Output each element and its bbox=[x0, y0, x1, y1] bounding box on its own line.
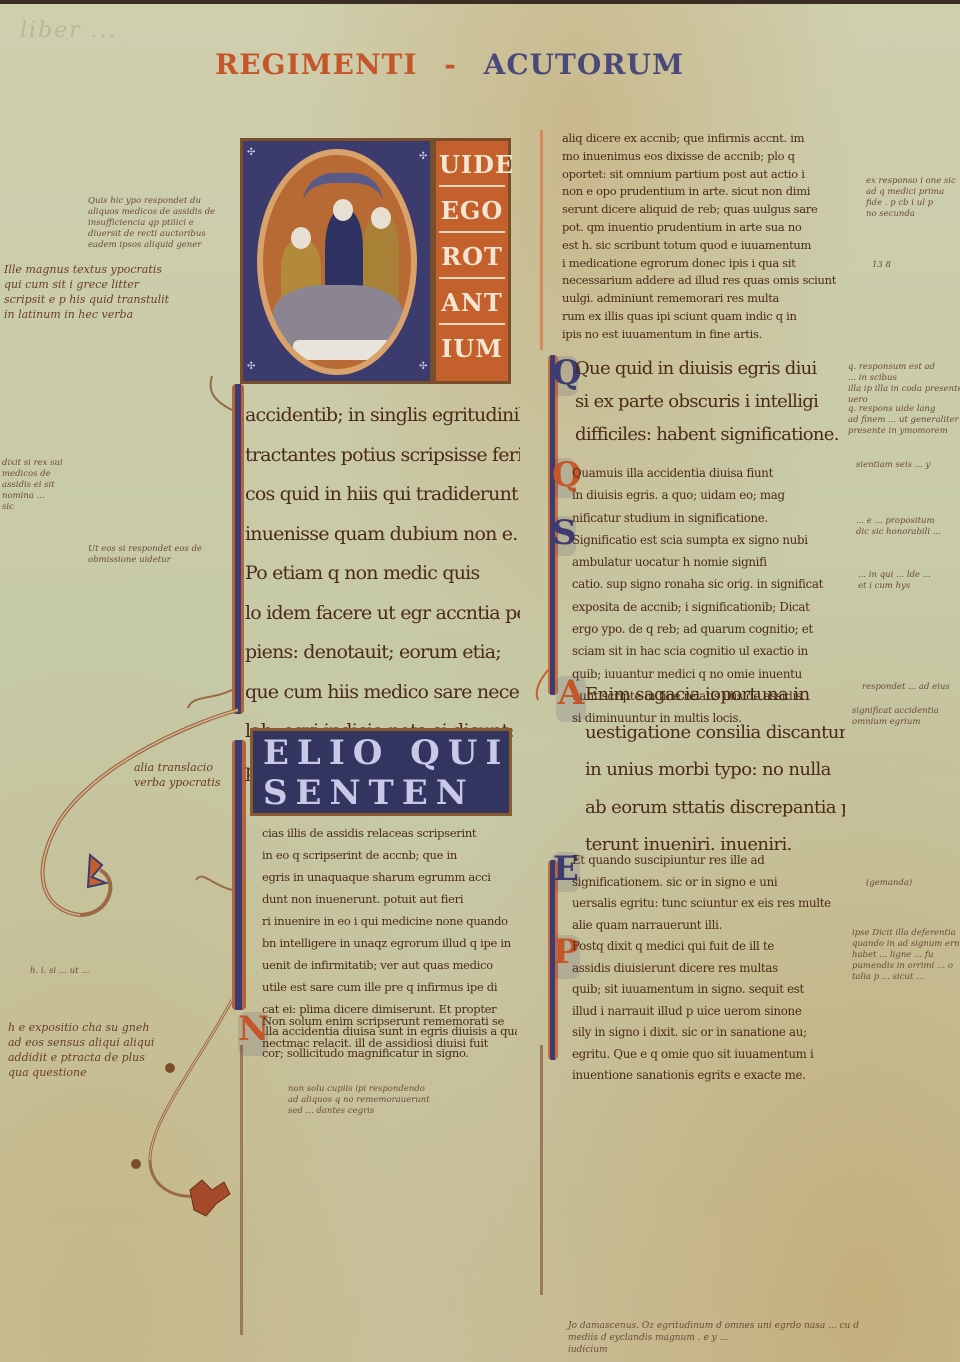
column-a-text-block-end: Non solum enim scripserunt rememorati se… bbox=[262, 1010, 517, 1054]
text-line: quib; sit iuuamentum in signo. sequit es… bbox=[572, 979, 842, 1001]
text-line: egritu. Que e q omie quo sit iuuamentum … bbox=[572, 1044, 842, 1066]
text-line: ambulatur uocatur h nomie signifi bbox=[572, 551, 842, 573]
marginal-gloss: Quis hic ypo respondet dualiquos medicos… bbox=[88, 196, 215, 251]
text-line: rum ex illis quas ipi sciunt quam indic … bbox=[562, 308, 837, 326]
text-line: Po etiam q non medic quis bbox=[245, 554, 520, 594]
decorated-initial: A bbox=[556, 676, 586, 722]
text-line: difficiles: habent significatione. bbox=[575, 418, 840, 451]
marginal-gloss: h. i. si ... ut ... bbox=[30, 966, 89, 977]
text-line: non e opo prudentium in arte. sicut non … bbox=[562, 183, 837, 201]
text-line: pot. qm inuentio prudentium in arte sua … bbox=[562, 219, 837, 237]
column-b-text-block-1: aliq dicere ex accnib; que infirmis accn… bbox=[562, 130, 837, 344]
text-line: illud i narrauit illud p uice uerom sino… bbox=[572, 1001, 842, 1023]
text-line: aliq dicere ex accnib; que infirmis accn… bbox=[562, 130, 837, 148]
column-b-text-block-5: Et quando suscipiuntur res ille ad signi… bbox=[572, 850, 842, 1087]
heading-line: ELIO QUI bbox=[263, 733, 509, 773]
marginal-gloss: Ut eos si respondet eos deobmissione uid… bbox=[88, 544, 202, 566]
marginal-gloss: respondet ... ad eius bbox=[862, 682, 950, 693]
text-line: ipis no est iuuamentum in fine artis. bbox=[562, 326, 837, 344]
text-line: sily in signo i dixit. sic or in sanatio… bbox=[572, 1022, 842, 1044]
text-line: si ex parte obscuris i intelligi bbox=[575, 385, 840, 418]
marginal-gloss: 13 8 bbox=[872, 260, 891, 271]
text-line: uenit de infirmitatib; ver aut quas medi… bbox=[262, 954, 517, 976]
text-line: ab eorum sttatis discrepantia p bbox=[585, 789, 845, 827]
marginal-gloss: q. respons uide langad finem ... ut gene… bbox=[848, 404, 959, 437]
text-line: necessarium addere ad illud res quas omi… bbox=[562, 272, 837, 290]
marginal-gloss: (gemanda) bbox=[866, 878, 912, 889]
text-line: nectmac relacit. ill de assidiosi diuisi… bbox=[262, 1032, 517, 1054]
text-line: Non solum enim scripserunt rememorati se bbox=[262, 1010, 517, 1032]
marginal-gloss: significat accidentiaomnium egrium bbox=[852, 706, 939, 728]
text-line: alie quam narrauerunt illi. bbox=[572, 915, 842, 937]
text-line: inuenisse quam dubium non e. bbox=[245, 515, 520, 555]
marginal-gloss: h e expositio cha su gnehad eos sensus a… bbox=[8, 1020, 154, 1080]
text-line: in unius morbi typo: no nulla bbox=[585, 751, 845, 789]
text-line: Enim sagacia ioportuna in bbox=[585, 676, 845, 714]
text-line: significationem. sic or in signo e uni bbox=[572, 872, 842, 894]
text-line: exposita de accnib; i significationib; D… bbox=[572, 596, 842, 618]
marginal-gloss: non solu cupiis ipi respondendoad aliquo… bbox=[288, 1084, 430, 1117]
text-line: catio. sup signo ronaha sic orig. in sig… bbox=[572, 573, 842, 595]
text-line: uulgi. adminiunt rememorari res multa bbox=[562, 290, 837, 308]
text-line: mo inuenimus eos dixisse de accnib; plo … bbox=[562, 148, 837, 166]
marginal-gloss: sientiam seis ... y bbox=[856, 460, 930, 471]
text-line: cos quid in hiis qui tradiderunt bbox=[245, 475, 520, 515]
text-line: nificatur studium in significatione. bbox=[572, 507, 842, 529]
marginal-gloss: Ille magnus textus ypocratisqui cum sit … bbox=[4, 262, 169, 322]
text-line: Significatio est scia sumpta ex signo nu… bbox=[572, 529, 842, 551]
text-line: piens: denotauit; eorum etia; bbox=[245, 633, 520, 673]
text-line: egris in unaquaque sharum egrumm acci bbox=[262, 866, 517, 888]
marginal-gloss-footer: Jo damascenus. Oz egritudinum d omnes un… bbox=[568, 1320, 859, 1356]
text-line: bn intelligere in unaqz egrorum illud q … bbox=[262, 932, 517, 954]
marginal-gloss-translation-note: alia translacioverba ypocratis bbox=[134, 760, 221, 790]
text-line: uestigatione consilia discantur bbox=[585, 714, 845, 752]
column-b-text-block-2: Que quid in diuisis egris diui si ex par… bbox=[575, 352, 840, 451]
marginal-gloss: ex responso i one sicad q medici primafi… bbox=[866, 176, 956, 220]
text-line: ergo ypo. de q reb; ad quarum cognitio; … bbox=[572, 618, 842, 640]
marginal-gloss: ipse Dicit illa deferentiaquando in ad s… bbox=[852, 928, 960, 983]
text-line: est h. sic scribunt totum quod e iuuamen… bbox=[562, 237, 837, 255]
text-line: i medicatione egrorum donec ipis i qua s… bbox=[562, 255, 837, 273]
text-line: assidis diuisierunt dicere res multas bbox=[572, 958, 842, 980]
text-line: inuentione sanationis egrits e exacte me… bbox=[572, 1065, 842, 1087]
text-line: que cum hiis medico sare nece e. bbox=[245, 673, 520, 713]
text-line: Que quid in diuisis egris diui bbox=[575, 352, 840, 385]
text-line: cias illis de assidis relaceas scripseri… bbox=[262, 822, 517, 844]
marginal-gloss: ... in qui ... lde ...et i cum hys bbox=[858, 570, 931, 592]
text-line: Quamuis illa accidentia diuisa fiunt bbox=[572, 462, 842, 484]
text-line: accidentib; in singlis egritudinib; bbox=[245, 396, 520, 436]
text-line: serunt dicere aliquid de reb; quas uulgu… bbox=[562, 201, 837, 219]
text-line: Postq dixit q medici qui fuit de ill te bbox=[572, 936, 842, 958]
text-line: uersalis egritu: tunc sciuntur ex eis re… bbox=[572, 893, 842, 915]
decorated-heading-panel: ELIO QUI SENTEN bbox=[250, 728, 512, 816]
text-line: in eo q scripserint de accnb; que in bbox=[262, 844, 517, 866]
text-line: lo idem facere ut egr accntia perti bbox=[245, 594, 520, 634]
column-b-text-block-4: Enim sagacia ioportuna in uestigatione c… bbox=[585, 676, 845, 864]
text-line: in diuisis egris. a quo; uidam eo; mag bbox=[572, 484, 842, 506]
heading-line: SENTEN bbox=[263, 773, 509, 813]
text-line: tractantes potius scripsisse ferint bbox=[245, 436, 520, 476]
text-line: oportet: sit omnium partium post aut act… bbox=[562, 166, 837, 184]
marginal-gloss: ... e ... propositumdic sic honorabili .… bbox=[856, 516, 941, 538]
text-line: utile est sare cum ille pre q infirmus i… bbox=[262, 976, 517, 998]
text-line: sciam sit in hac scia cognitio ul exacti… bbox=[572, 640, 842, 662]
text-line: Et quando suscipiuntur res ille ad bbox=[572, 850, 842, 872]
text-line: dunt non inuenerunt. potuit aut fieri bbox=[262, 888, 517, 910]
text-line: ri inuenire in eo i qui medicine none qu… bbox=[262, 910, 517, 932]
marginal-gloss: dixit si rex suimedicos deassidis ei sit… bbox=[2, 458, 63, 513]
marginal-gloss: q. responsum est ad... in scibusilla ip … bbox=[848, 362, 960, 406]
